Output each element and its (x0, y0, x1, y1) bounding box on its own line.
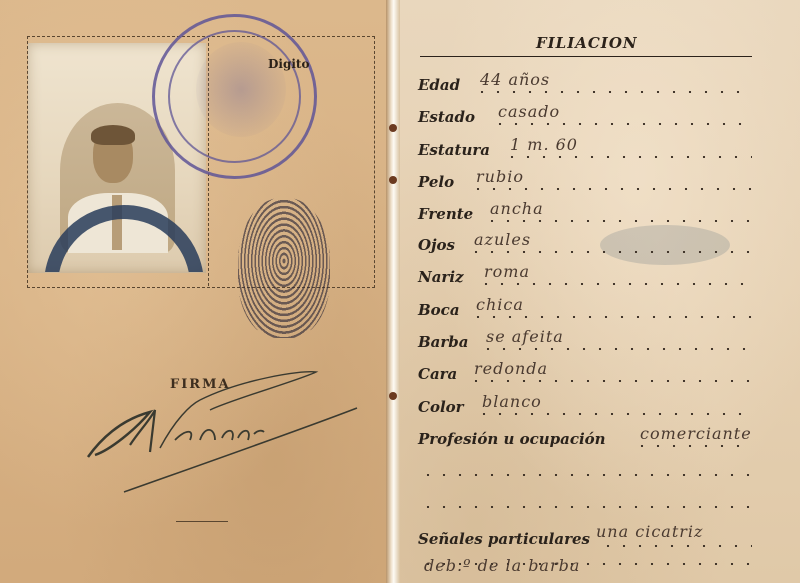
staple (389, 392, 397, 400)
field-value: chica (476, 295, 524, 314)
signature-baseline (176, 521, 228, 522)
field-label: Boca (418, 301, 460, 319)
booklet-spine (386, 0, 400, 583)
blank-dotted-line (420, 506, 752, 508)
field-label: Estado (418, 108, 475, 126)
field-value: roma (484, 262, 530, 281)
field-value: rubio (476, 167, 524, 186)
special-marks-dotted-line (600, 545, 752, 547)
field-label: Color (418, 398, 464, 416)
field-dotted-line (470, 316, 752, 318)
field-value: azules (474, 230, 531, 249)
field-dotted-line (468, 251, 752, 253)
fingerprint-icon (238, 198, 330, 338)
field-label: Nariz (418, 268, 464, 286)
staple (389, 176, 397, 184)
field-label: Edad (418, 76, 460, 94)
field-dotted-line (468, 380, 752, 382)
ink-stain (600, 225, 730, 265)
field-dotted-line (478, 283, 752, 285)
field-label: Estatura (418, 141, 490, 159)
signature-label: FIRMA (170, 377, 231, 392)
field-label: Cara (418, 365, 457, 383)
photo-hair (91, 125, 135, 145)
field-value: redonda (474, 359, 548, 378)
field-value: casado (498, 102, 560, 121)
field-dotted-line (470, 188, 752, 190)
field-label: Pelo (418, 173, 454, 191)
field-dotted-line (492, 123, 752, 125)
field-dotted-line (480, 348, 752, 350)
field-label: Profesión u ocupación (418, 430, 606, 448)
blank-dotted-line (420, 474, 752, 476)
field-dotted-line (474, 91, 752, 93)
field-dotted-line (484, 220, 752, 222)
field-value: ancha (490, 199, 544, 218)
special-marks-value-1: una cicatriz (596, 522, 703, 541)
field-dotted-line (476, 413, 752, 415)
staple (389, 124, 397, 132)
field-label: Barba (418, 333, 469, 351)
special-marks-value-2: deb.º de la barba (424, 556, 580, 575)
field-value: comerciante (640, 424, 752, 443)
field-value: se afeita (486, 327, 564, 346)
field-dotted-line (504, 156, 752, 158)
title-rule (420, 56, 752, 57)
special-marks-label: Señales particulares (418, 530, 590, 548)
field-label: Ojos (418, 236, 455, 254)
fingerprint-label: Digito (268, 57, 309, 71)
field-value: 1 m. 60 (510, 135, 578, 154)
page-title: FILIACION (536, 34, 638, 52)
field-value: 44 años (480, 70, 550, 89)
field-label: Frente (418, 205, 473, 223)
field-dotted-line (634, 445, 752, 447)
field-value: blanco (482, 392, 542, 411)
